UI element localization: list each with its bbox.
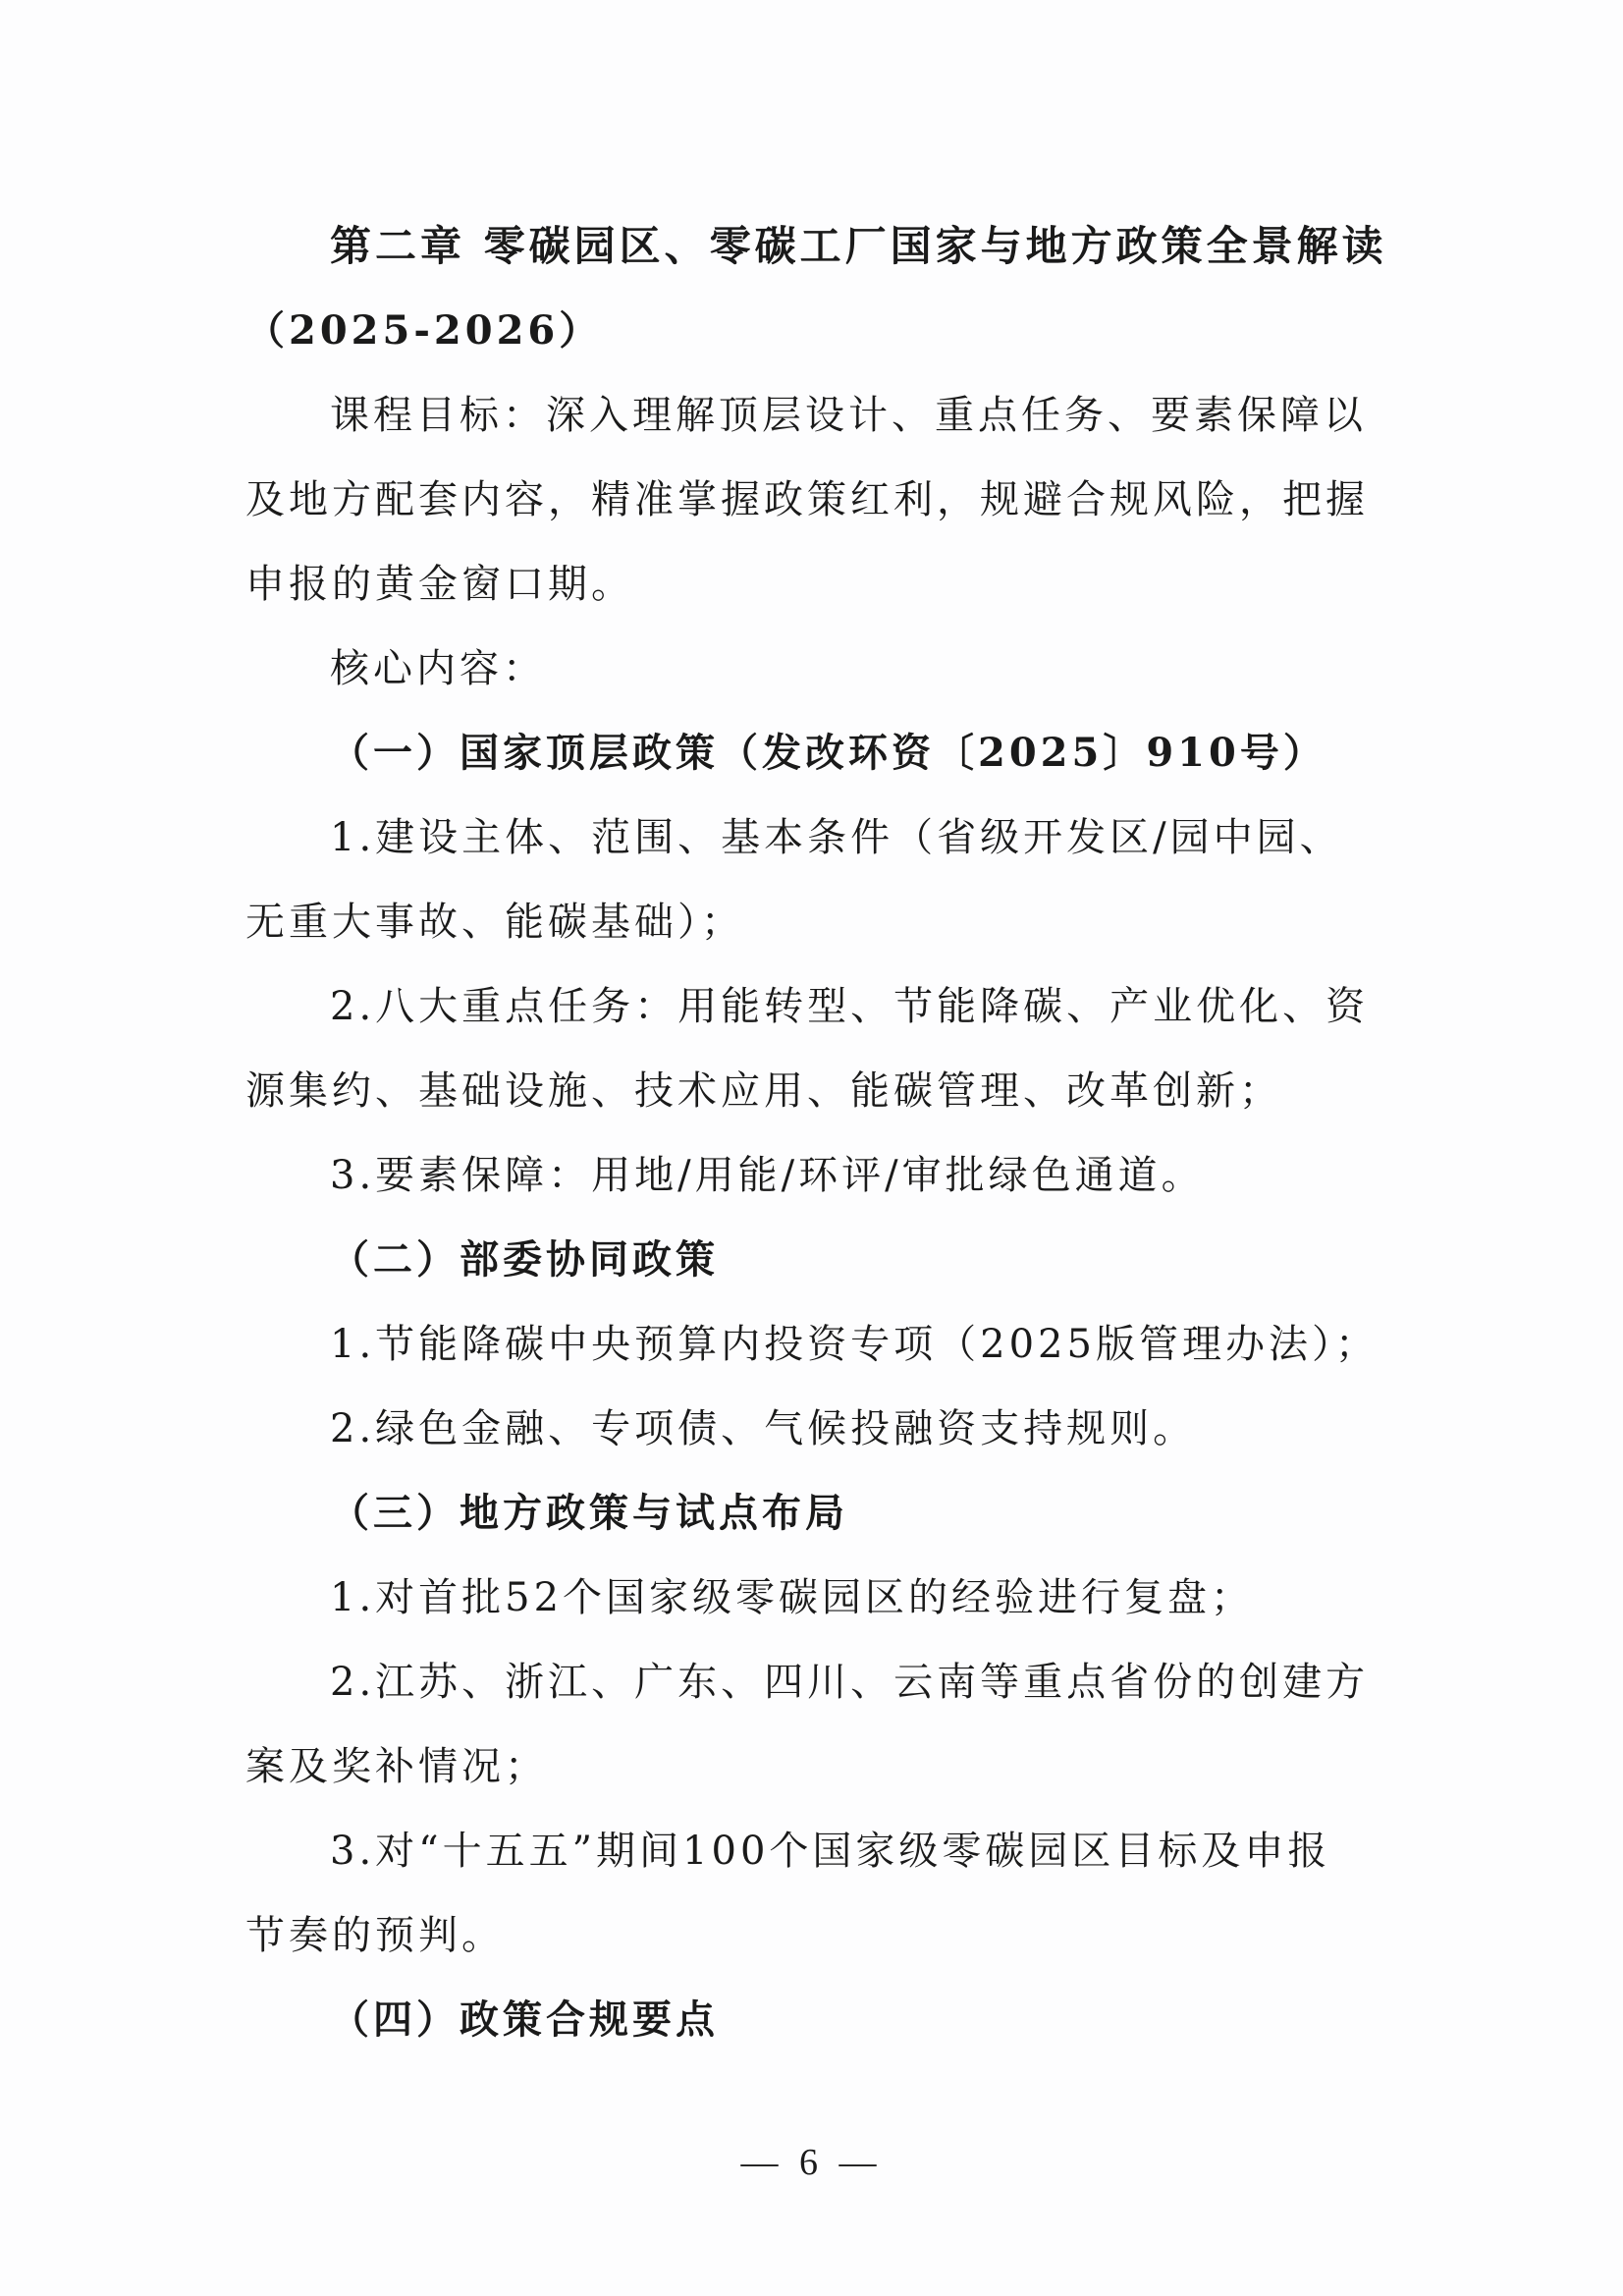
chapter-title-years: （2025-2026）: [245, 289, 1384, 373]
core-content-label: 核心内容：: [245, 627, 1384, 711]
section-heading: （一）国家顶层政策（发改环资〔2025〕910号）: [245, 711, 1384, 795]
page-number: — 6 —: [0, 2141, 1623, 2184]
list-item-continuation: 节奏的预判。: [245, 1893, 1384, 1978]
list-item: 3.要素保障：用地/用能/环评/审批绿色通道。: [245, 1133, 1384, 1218]
document-page: 第二章 零碳园区、零碳工厂国家与地方政策全景解读 （2025-2026） 课程目…: [0, 0, 1623, 2296]
list-item: 2.江苏、浙江、广东、四川、云南等重点省份的创建方: [245, 1640, 1384, 1724]
list-item-continuation: 案及奖补情况；: [245, 1724, 1384, 1809]
course-goal-line: 及地方配套内容，精准掌握政策红利，规避合规风险，把握: [245, 458, 1384, 542]
list-item: 1.节能降碳中央预算内投资专项（2025版管理办法）；: [245, 1302, 1384, 1387]
course-goal-line: 申报的黄金窗口期。: [245, 542, 1384, 627]
list-item: 2.八大重点任务：用能转型、节能降碳、产业优化、资: [245, 964, 1384, 1049]
section-heading: （二）部委协同政策: [245, 1218, 1384, 1302]
list-item-continuation: 无重大事故、能碳基础）；: [245, 880, 1384, 964]
chapter-title: 第二章 零碳园区、零碳工厂国家与地方政策全景解读: [245, 204, 1384, 289]
list-item: 1.建设主体、范围、基本条件（省级开发区/园中园、: [245, 795, 1384, 880]
list-item: 2.绿色金融、专项债、气候投融资支持规则。: [245, 1387, 1384, 1471]
page-content: 第二章 零碳园区、零碳工厂国家与地方政策全景解读 （2025-2026） 课程目…: [245, 204, 1384, 2062]
list-item: 1.对首批52个国家级零碳园区的经验进行复盘；: [245, 1556, 1384, 1640]
section-heading: （四）政策合规要点: [245, 1978, 1384, 2062]
section-heading: （三）地方政策与试点布局: [245, 1471, 1384, 1556]
list-item-continuation: 源集约、基础设施、技术应用、能碳管理、改革创新；: [245, 1049, 1384, 1133]
course-goal-line: 课程目标：深入理解顶层设计、重点任务、要素保障以: [245, 373, 1384, 458]
list-item: 3.对“十五五”期间100个国家级零碳园区目标及申报: [245, 1809, 1384, 1893]
